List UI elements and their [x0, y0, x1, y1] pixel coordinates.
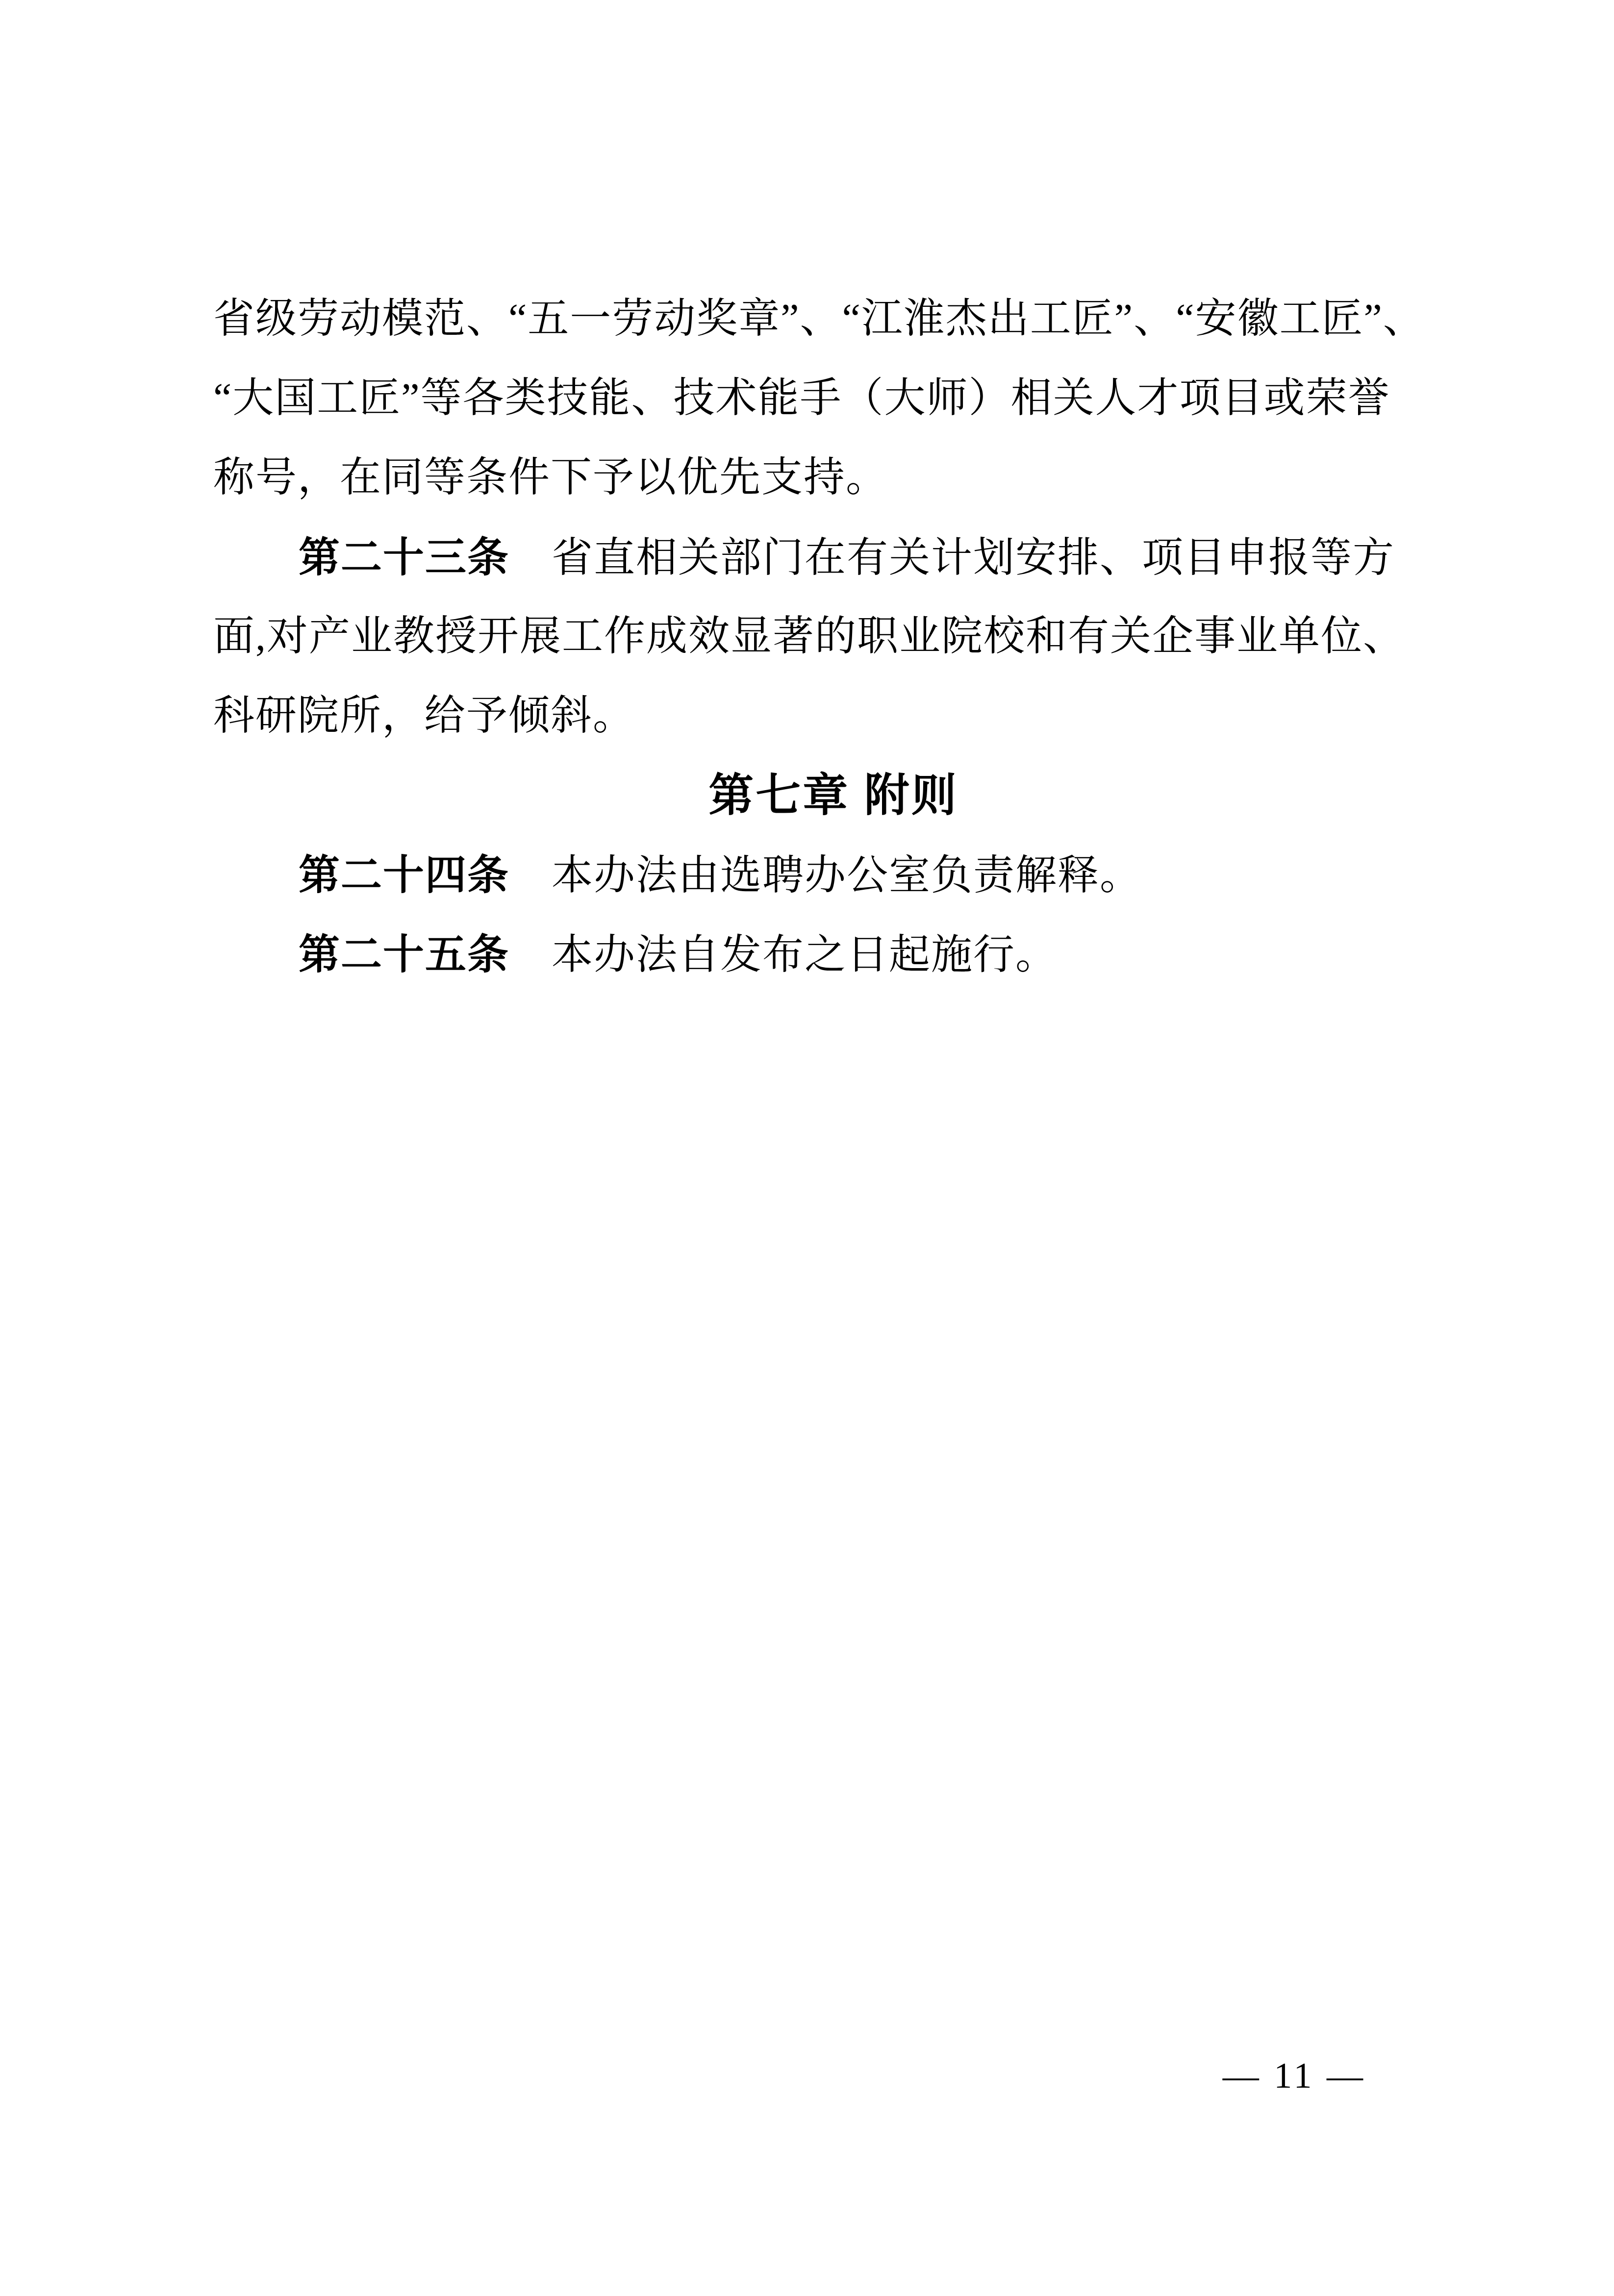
text-line: 科研院所，给予倾斜。	[213, 676, 1454, 756]
article-number: 第二十三条	[299, 534, 509, 580]
text-segment: “大国工匠”等各类技能、技术能手（大师）相关人才项目或荣誉	[213, 375, 1390, 421]
text-segment: 面,对产业教授开展工作成效显著的职业院校和有关企事业单位、	[213, 614, 1405, 659]
text-line: 第二十三条 省直相关部门在有关计划安排、项目申报等方	[213, 518, 1454, 597]
text-segment: 省级劳动模范、“五一劳动奖章”、“江淮杰出工匠”、“安徽工匠”、	[213, 296, 1425, 342]
article-number: 第二十四条	[299, 852, 509, 898]
text-line: 第二十五条 本办法自发布之日起施行。	[213, 915, 1454, 994]
text-segment: 省直相关部门在有关计划安排、项目申报等方	[509, 535, 1395, 581]
text-segment: 本办法由选聘办公室负责解释。	[509, 853, 1142, 898]
page-number: — 11 —	[1196, 2046, 1392, 2105]
text-segment: 本办法自发布之日起施行。	[509, 932, 1058, 978]
body-text: 省级劳动模范、“五一劳动奖章”、“江淮杰出工匠”、“安徽工匠”、“大国工匠”等各…	[213, 279, 1454, 994]
text-segment: 科研院所，给予倾斜。	[213, 693, 635, 739]
chapter-heading: 第七章 附则	[213, 756, 1454, 835]
text-line: 称号，在同等条件下予以优先支持。	[213, 438, 1454, 518]
text-line: 第二十四条 本办法由选聘办公室负责解释。	[213, 835, 1454, 915]
text-line: 面,对产业教授开展工作成效显著的职业院校和有关企事业单位、	[213, 597, 1454, 676]
document-page: 省级劳动模范、“五一劳动奖章”、“江淮杰出工匠”、“安徽工匠”、“大国工匠”等各…	[0, 0, 1614, 2296]
text-line: 省级劳动模范、“五一劳动奖章”、“江淮杰出工匠”、“安徽工匠”、	[213, 279, 1454, 359]
text-line: “大国工匠”等各类技能、技术能手（大师）相关人才项目或荣誉	[213, 359, 1454, 438]
article-number: 第七章 附则	[708, 771, 958, 821]
article-number: 第二十五条	[299, 931, 509, 977]
text-segment: 称号，在同等条件下予以优先支持。	[213, 455, 888, 500]
